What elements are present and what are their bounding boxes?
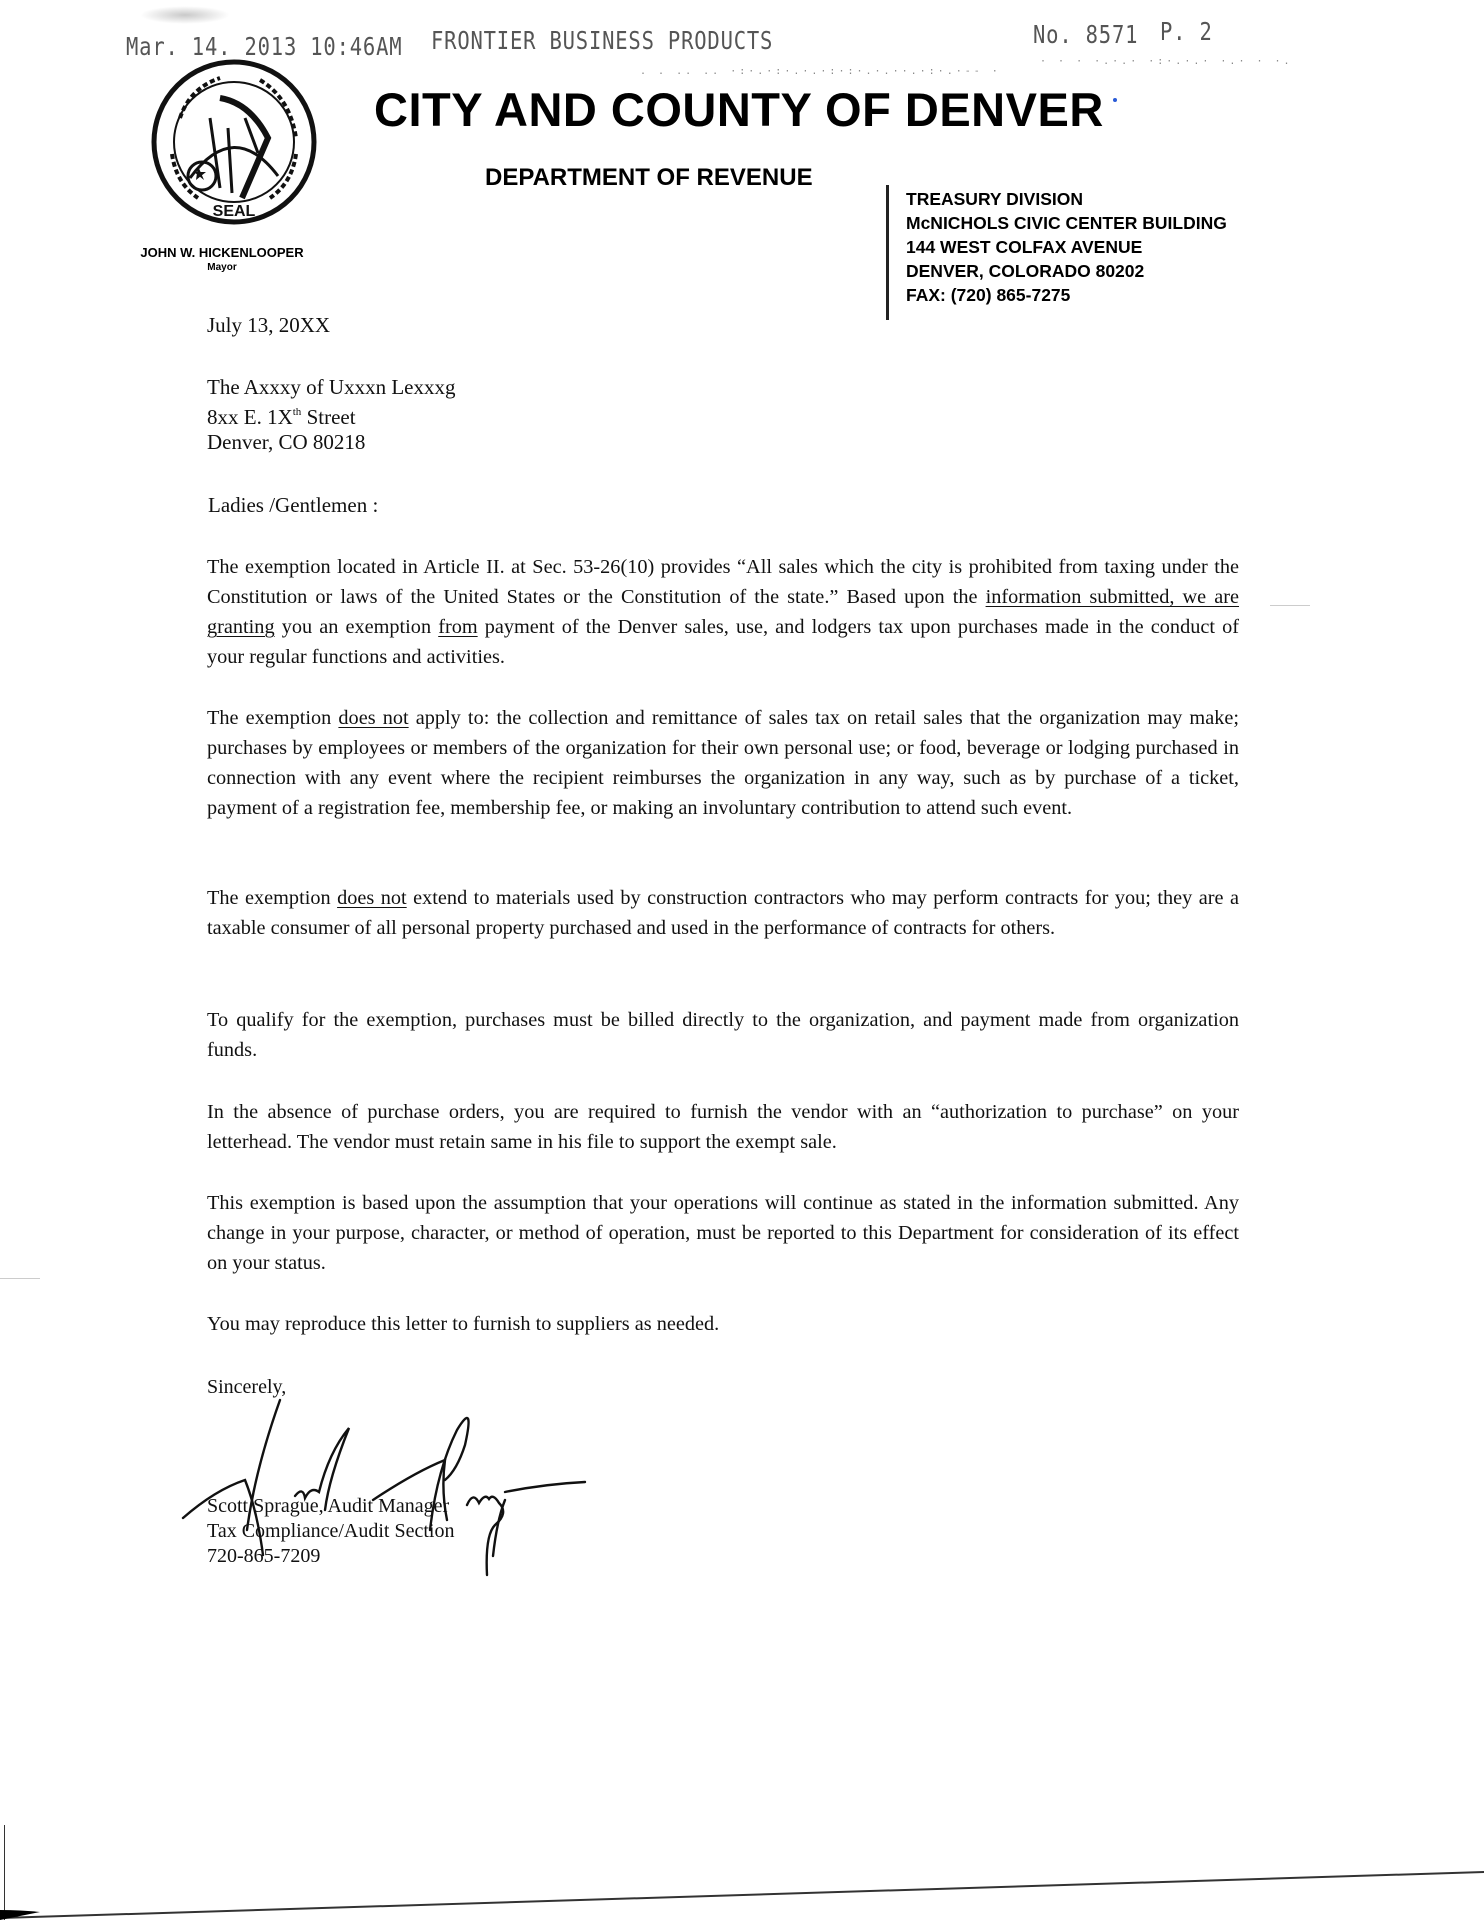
scan-edge [0,1860,1484,1920]
paragraph-assumption: This exemption is based upon the assumpt… [207,1188,1239,1278]
fax-page: P. 2 [1160,17,1213,46]
underlined-text: from [438,616,477,638]
letterhead-title: CITY AND COUNTY OF DENVER [374,82,1104,137]
signer-section: Tax Compliance/Audit Section [207,1519,454,1544]
paragraph-qualification: To qualify for the exemption, purchases … [207,1005,1239,1065]
scan-noise: . . .. .. ·:·.·:·.·.·:·:·.·.··.·:·.·-- · [640,66,1001,77]
fax-sender: FRONTIER BUSINESS PRODUCTS [431,26,773,55]
scan-artifact [0,1278,40,1279]
salutation: Ladies /Gentlemen : [208,493,378,518]
scan-noise: · · · ·.·.· ·:·.·.· ·.· · ·. [1040,56,1293,67]
fax-number: No. 8571 [1033,20,1138,49]
paragraph-reproduce: You may reproduce this letter to furnish… [207,1309,1239,1339]
underlined-text: does not [337,887,407,909]
fax-timestamp: Mar. 14. 2013 10:46AM [126,32,402,61]
letterhead-divider [886,185,889,320]
letter-date: July 13, 20XX [207,313,330,338]
text: you an exemption [275,616,439,638]
recipient-address: The Axxxy of Uxxxn Lexxxg 8xx E. 1Xth St… [207,375,455,455]
text: The exemption [207,707,338,729]
scan-dot [1113,98,1117,102]
division-address: TREASURY DIVISION McNICHOLS CIVIC CENTER… [906,187,1227,307]
city-seal-icon: SEAL [150,58,318,226]
recipient-street: 8xx E. 1Xth Street [207,400,455,430]
department-name: DEPARTMENT OF REVENUE [485,164,813,192]
svg-text:SEAL: SEAL [213,203,256,220]
mayor-block: JOHN W. HICKENLOOPER Mayor [124,245,320,273]
recipient-city: Denver, CO 80218 [207,430,455,455]
scan-smudge [140,6,230,24]
underlined-text: does not [338,707,408,729]
paragraph-contractors: The exemption does not extend to materia… [207,883,1239,943]
division-line: FAX: (720) 865-7275 [906,283,1227,307]
paragraph-purchase-orders: In the absence of purchase orders, you a… [207,1097,1239,1157]
division-line: TREASURY DIVISION [906,187,1227,211]
street-number: 8xx E. 1X [207,405,293,429]
paragraph-exclusions: The exemption does not apply to: the col… [207,703,1239,823]
recipient-name: The Axxxy of Uxxxn Lexxxg [207,375,455,400]
signer-phone: 720-865-7209 [207,1544,454,1569]
signer-name: Scott Sprague, Audit Manager [207,1494,454,1519]
text: The exemption [207,887,337,909]
paragraph-exemption-grant: The exemption located in Article II. at … [207,552,1239,672]
mayor-title: Mayor [124,262,320,273]
mayor-name: JOHN W. HICKENLOOPER [124,245,320,260]
division-line: 144 WEST COLFAX AVENUE [906,235,1227,259]
division-line: DENVER, COLORADO 80202 [906,259,1227,283]
scan-artifact [1270,605,1310,606]
signer-block: Scott Sprague, Audit Manager Tax Complia… [207,1494,454,1569]
division-line: McNICHOLS CIVIC CENTER BUILDING [906,211,1227,235]
street-name: Street [301,405,355,429]
